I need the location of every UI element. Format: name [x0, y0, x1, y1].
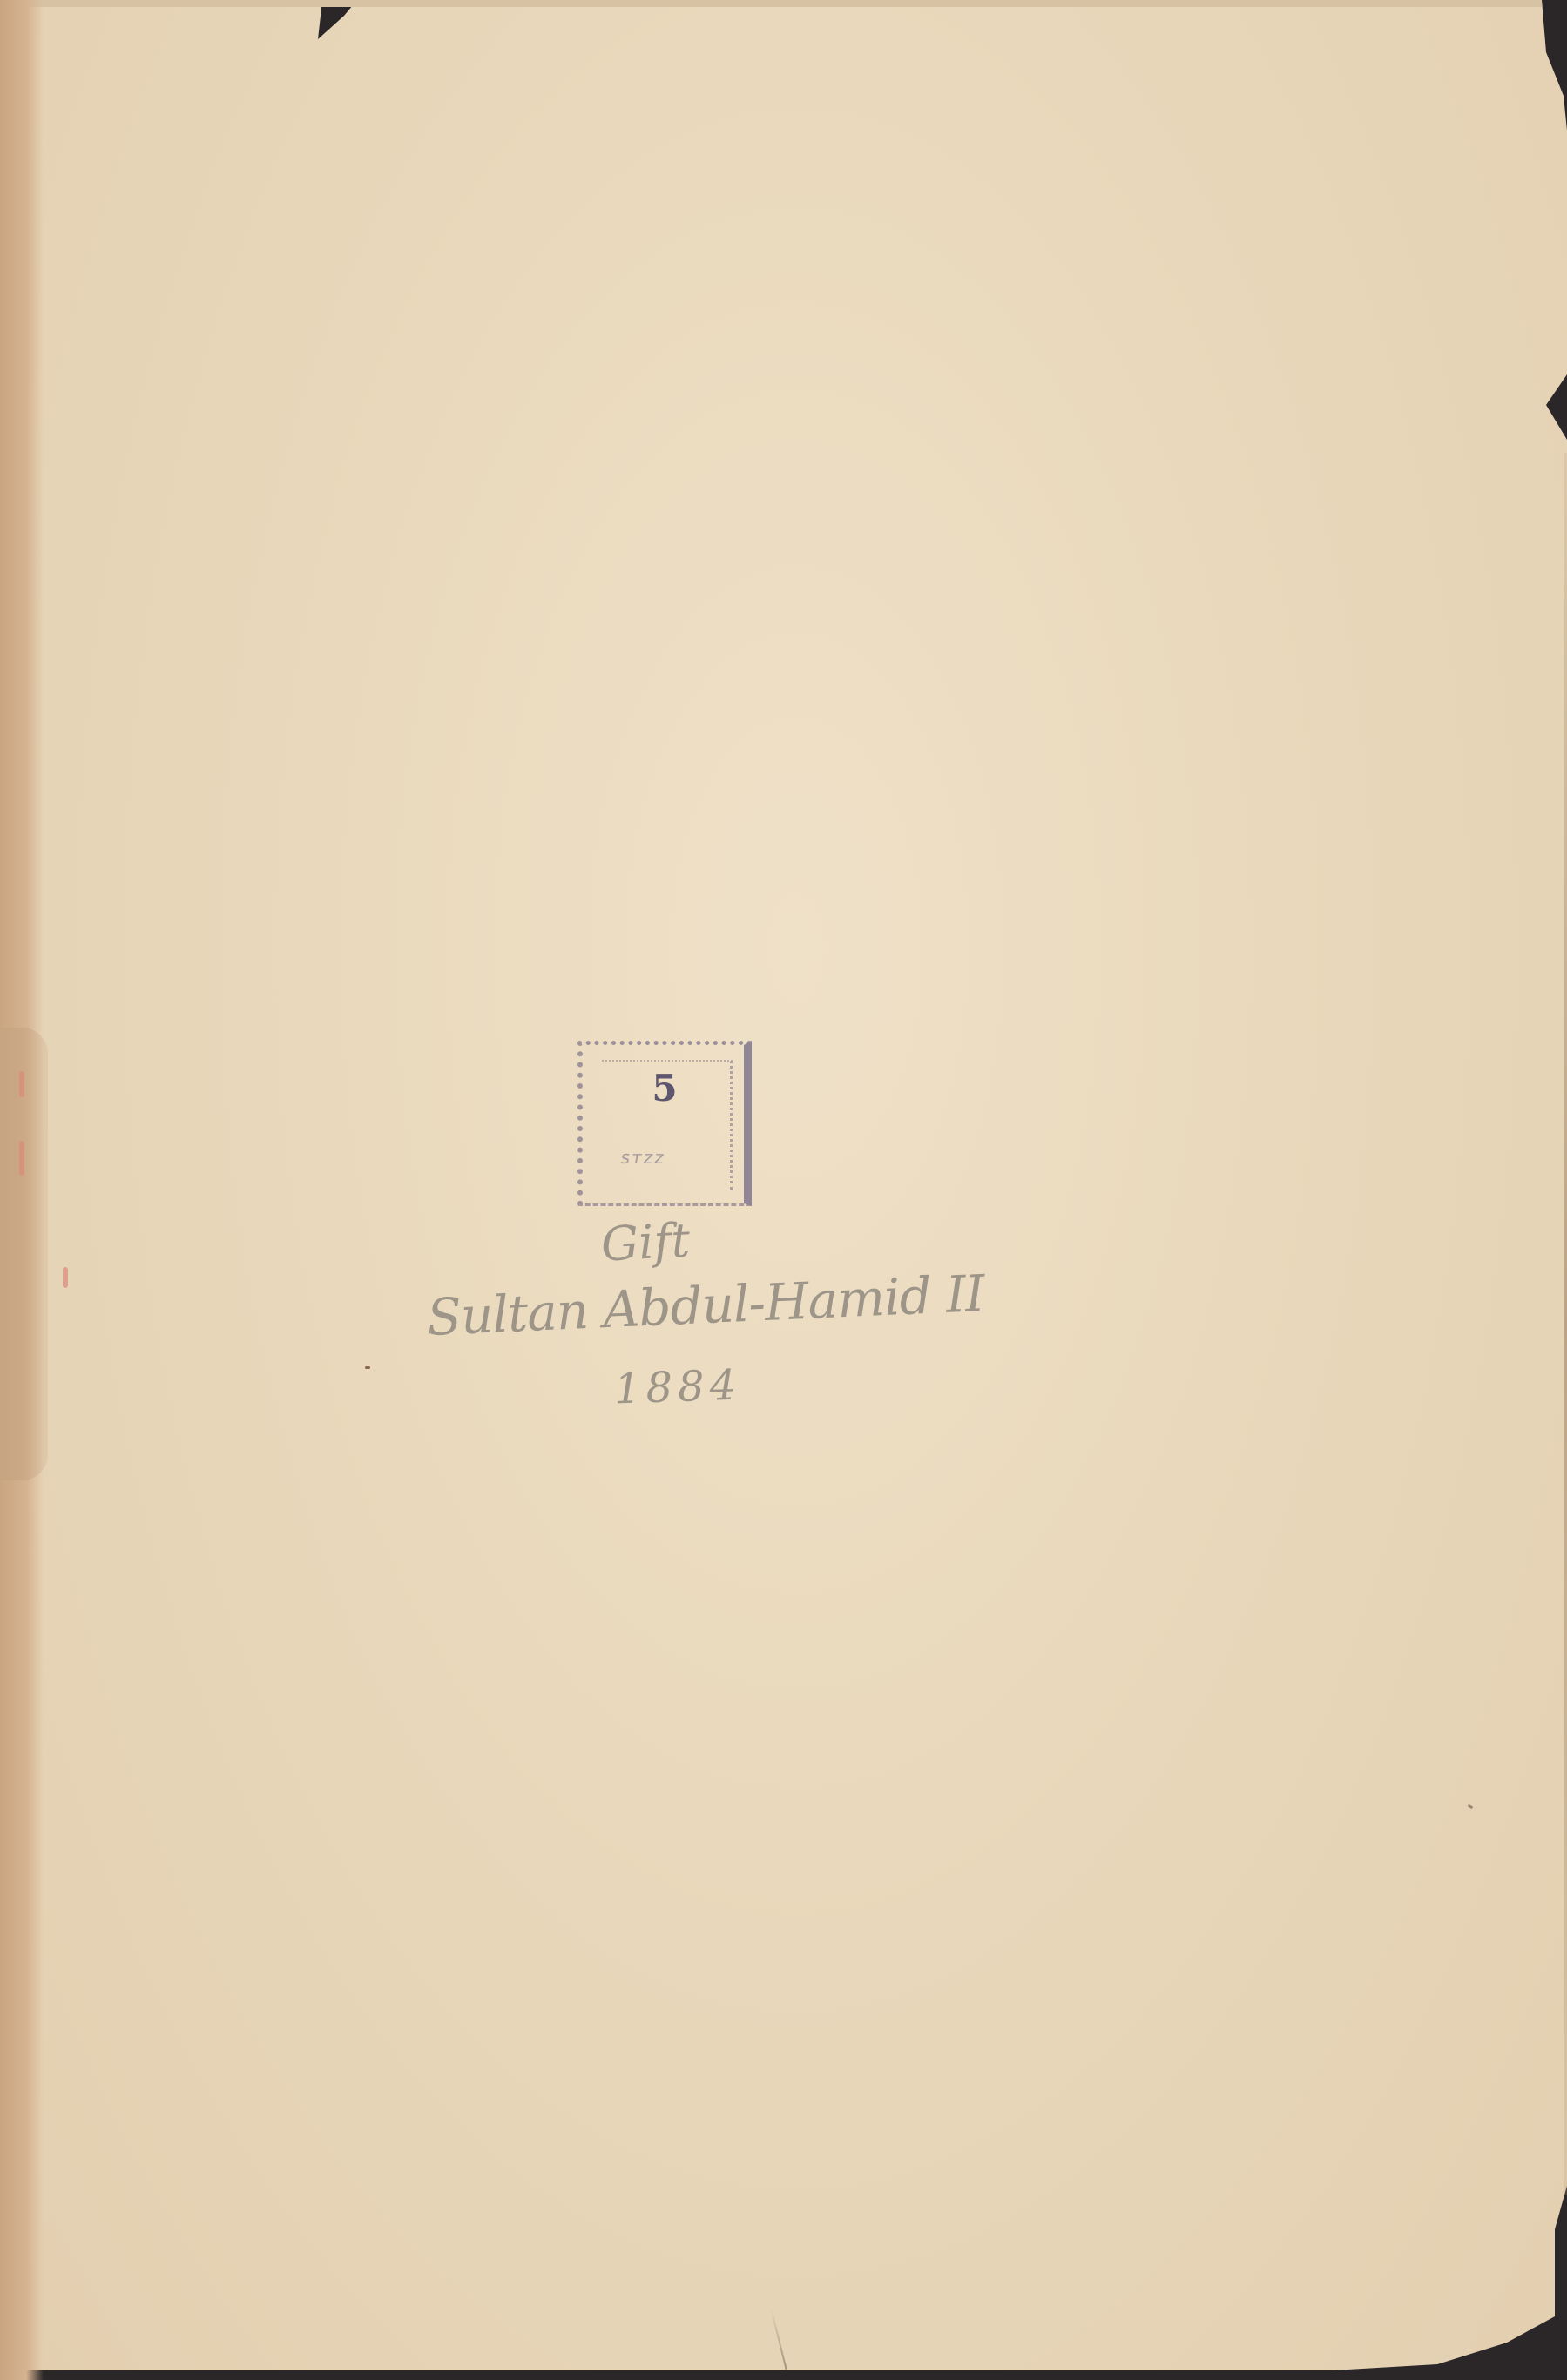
- inscription-gift: Gift: [599, 1212, 691, 1271]
- stamp-mark: ꜱᴛᴢᴢ: [619, 1147, 667, 1168]
- paper-speck: [365, 1366, 370, 1369]
- book-page: [26, 0, 1567, 2370]
- stamp-number: 5: [577, 1067, 752, 1109]
- inscription-year: 1884: [613, 1360, 742, 1413]
- left-edge-red-mark: [19, 1071, 24, 1097]
- library-stamp: 5 ꜱᴛᴢᴢ: [577, 1041, 752, 1206]
- left-edge-red-mark: [63, 1267, 68, 1288]
- page-top-edge: [26, 0, 1542, 7]
- left-edge-red-mark: [19, 1141, 24, 1176]
